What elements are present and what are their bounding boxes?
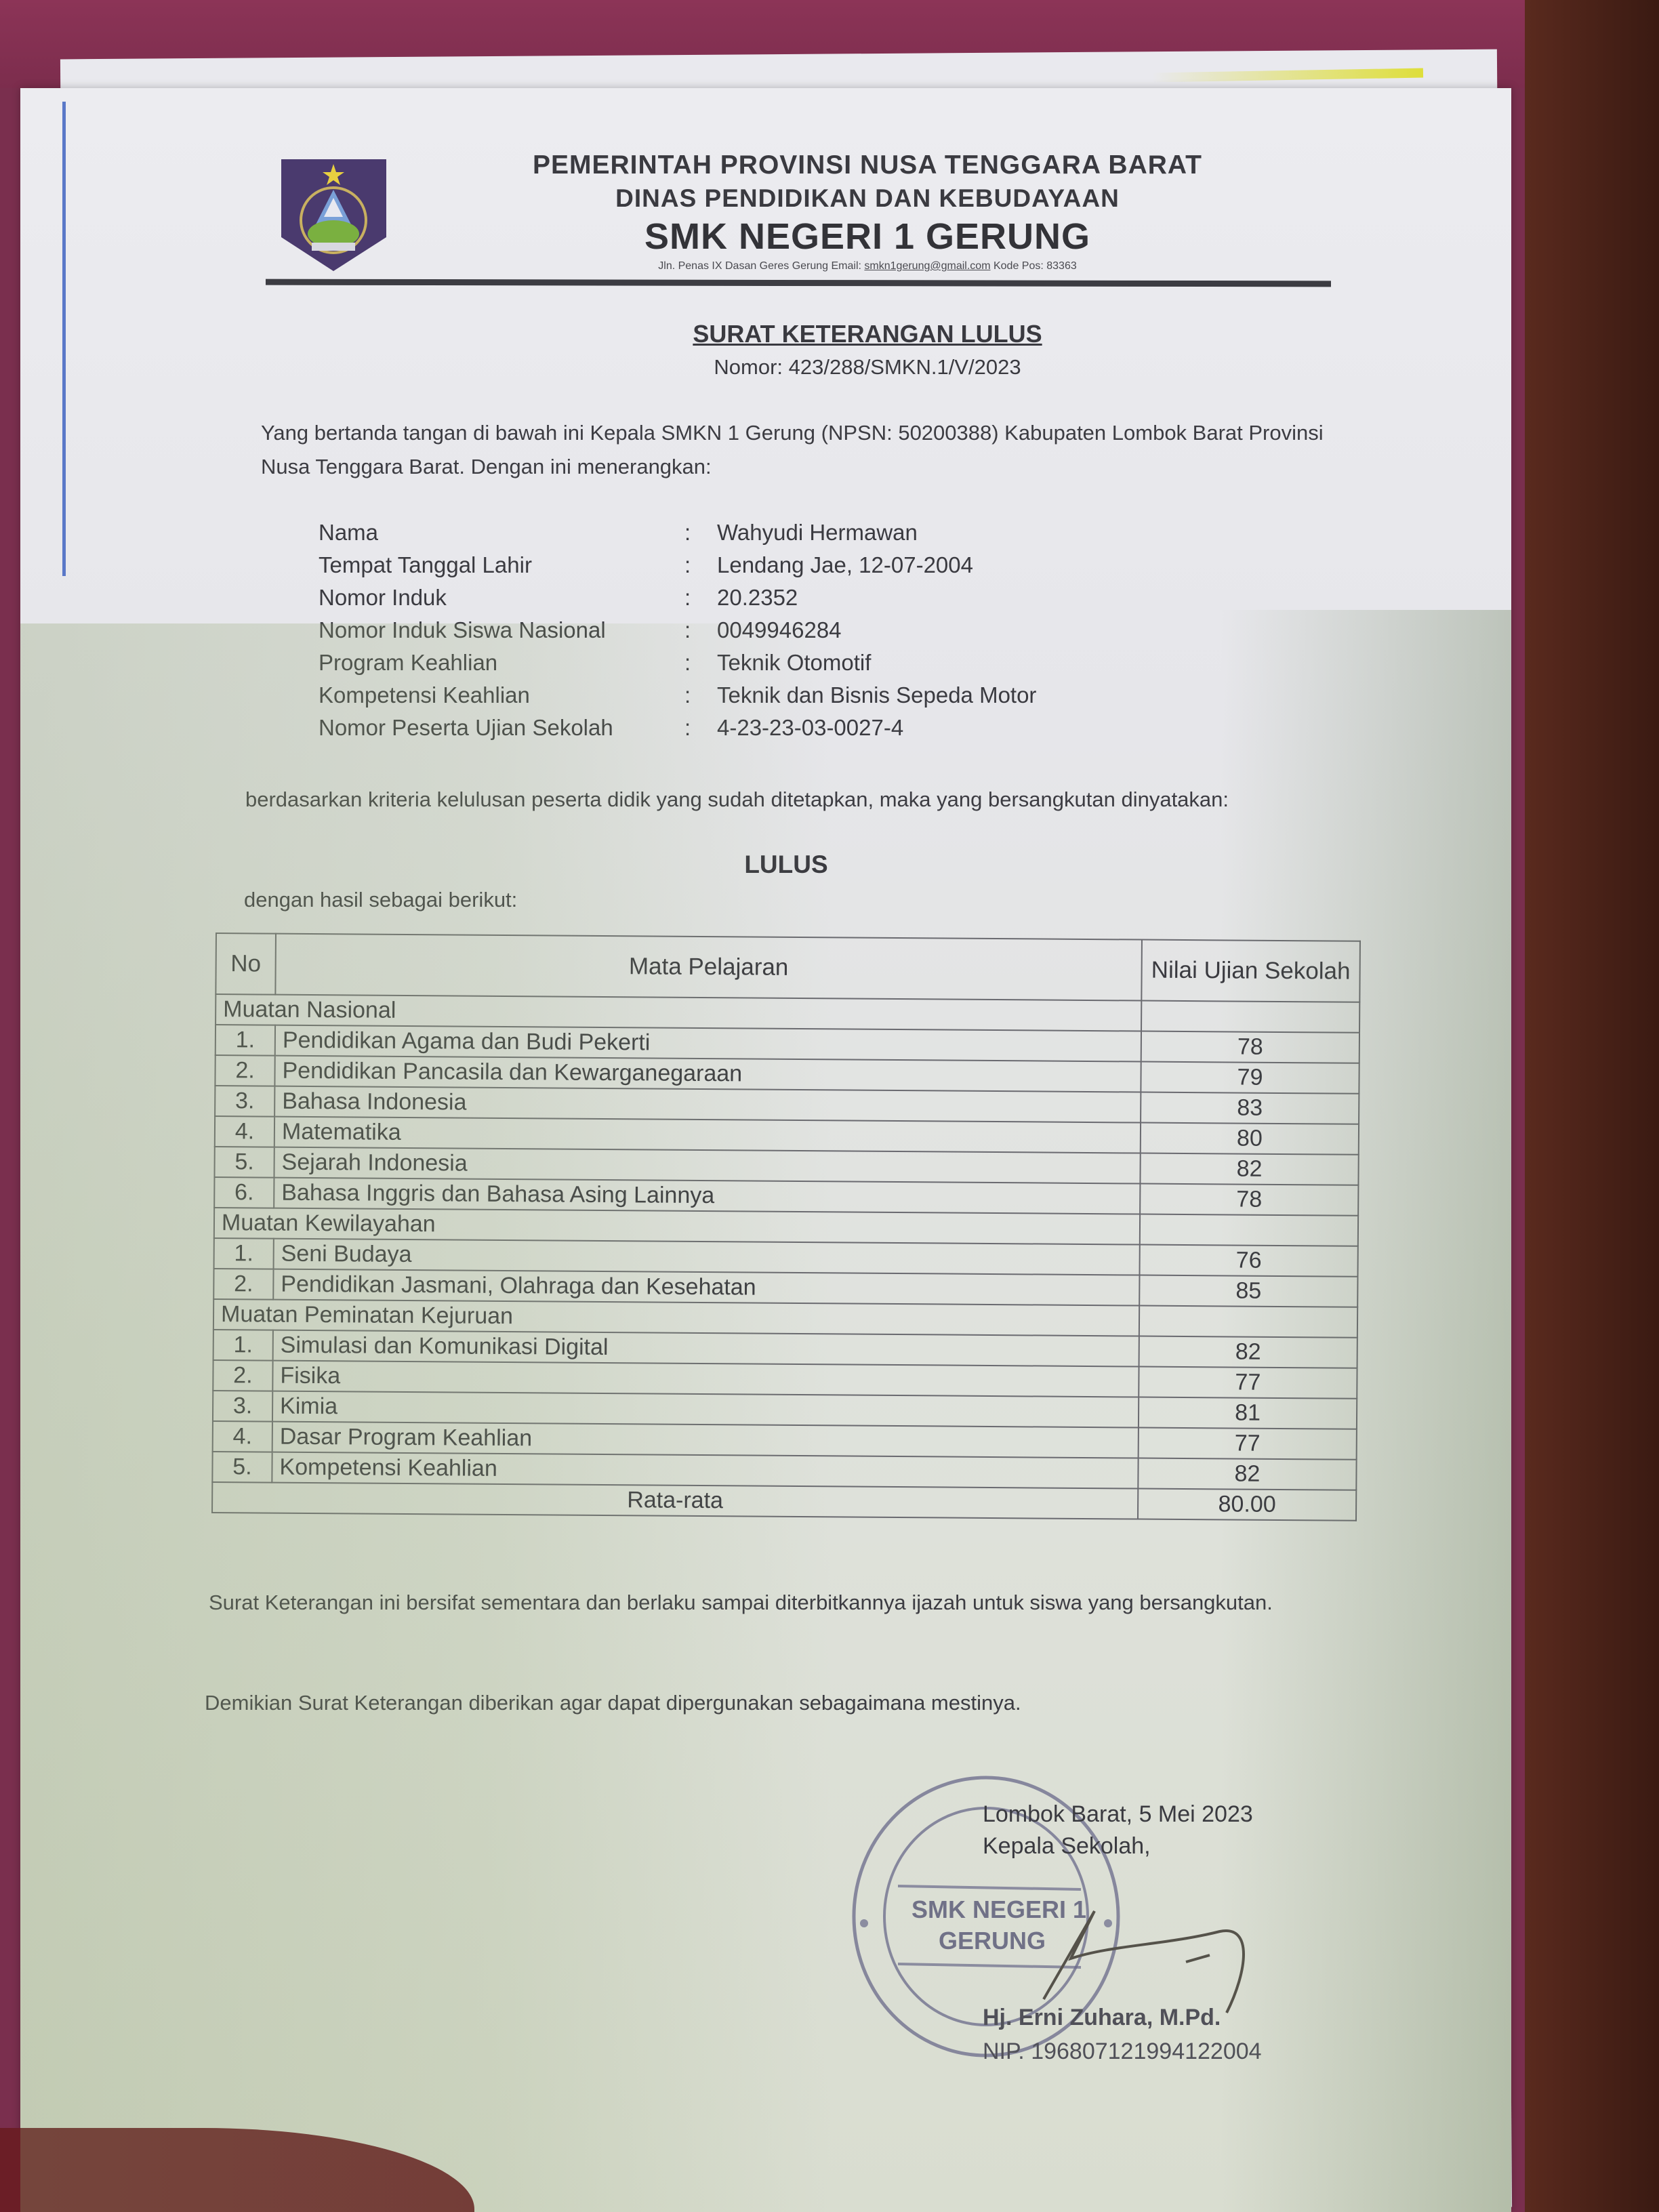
postal-code: Kode Pos: 83363 xyxy=(994,260,1077,272)
header-score: Nilai Ujian Sekolah xyxy=(1141,940,1360,1002)
identity-separator: : xyxy=(684,552,717,578)
grades-table: No Mata Pelajaran Nilai Ujian Sekolah Mu… xyxy=(211,933,1361,1521)
identity-row: Kompetensi Keahlian:Teknik dan Bisnis Se… xyxy=(319,679,1191,712)
temporary-note: Surat Keterangan ini bersifat sementara … xyxy=(209,1586,1374,1620)
section-score-empty xyxy=(1140,1214,1358,1246)
intro-paragraph: Yang bertanda tangan di bawah ini Kepala… xyxy=(261,416,1338,484)
signer-nip: NIP. 196807121994122004 xyxy=(983,2039,1262,2065)
identity-separator: : xyxy=(684,650,717,676)
header-no: No xyxy=(216,933,276,995)
grades-header-row: No Mata Pelajaran Nilai Ujian Sekolah xyxy=(216,933,1360,1002)
identity-row: Program Keahlian:Teknik Otomotif xyxy=(319,647,1191,679)
identity-row: Nomor Peserta Ujian Sekolah:4-23-23-03-0… xyxy=(319,712,1191,744)
grade-no: 2. xyxy=(213,1269,273,1300)
identity-label: Kompetensi Keahlian xyxy=(319,682,684,708)
identity-label: Nomor Induk Siswa Nasional xyxy=(319,617,684,643)
identity-label: Nama xyxy=(319,520,684,546)
grade-score: 82 xyxy=(1139,1336,1357,1368)
identity-row: Nama:Wahyudi Hermawan xyxy=(319,516,1191,549)
grade-score: 82 xyxy=(1138,1458,1356,1490)
average-value: 80.00 xyxy=(1138,1489,1356,1521)
identity-label: Nomor Induk xyxy=(319,585,684,611)
grade-no: 1. xyxy=(214,1238,274,1269)
closing-statement: Demikian Surat Keterangan diberikan agar… xyxy=(205,1691,1384,1715)
identity-value: Lendang Jae, 12-07-2004 xyxy=(717,552,1191,578)
header-subject: Mata Pelajaran xyxy=(275,934,1142,1001)
grade-no: 3. xyxy=(213,1391,272,1422)
letterhead-school: SMK NEGERI 1 GERUNG xyxy=(407,216,1328,258)
grade-no: 3. xyxy=(215,1086,274,1117)
grade-score: 82 xyxy=(1140,1153,1358,1185)
criteria-paragraph: berdasarkan kriteria kelulusan peserta d… xyxy=(245,783,1357,817)
result-status: LULUS xyxy=(718,851,854,879)
grade-no: 1. xyxy=(213,1330,273,1361)
signature-block: Lombok Barat, 5 Mei 2023 Kepala Sekolah,… xyxy=(983,1801,1253,1860)
section-score-empty xyxy=(1141,1001,1359,1033)
results-intro: dengan hasil sebagai berikut: xyxy=(244,888,517,912)
grade-score: 77 xyxy=(1139,1367,1357,1399)
document-title: SURAT KETERANGAN LULUS xyxy=(529,320,1206,348)
letter-title: SURAT KETERANGAN LULUS Nomor: 423/288/SM… xyxy=(529,320,1206,380)
identity-label: Nomor Peserta Ujian Sekolah xyxy=(319,715,684,741)
grade-no: 2. xyxy=(215,1055,274,1086)
identity-value: Teknik dan Bisnis Sepeda Motor xyxy=(717,682,1191,708)
average-label: Rata-rata xyxy=(212,1482,1138,1519)
grade-no: 4. xyxy=(215,1116,274,1147)
identity-value: 4-23-23-03-0027-4 xyxy=(717,715,1191,741)
identity-row: Nomor Induk:20.2352 xyxy=(319,581,1191,614)
identity-value: Wahyudi Hermawan xyxy=(717,520,1191,546)
place-date: Lombok Barat, 5 Mei 2023 xyxy=(983,1801,1253,1828)
grade-score: 76 xyxy=(1140,1245,1358,1277)
grade-score: 79 xyxy=(1141,1062,1359,1094)
handwritten-signature-icon xyxy=(1030,1898,1261,2020)
identity-separator: : xyxy=(684,617,717,643)
signer-role: Kepala Sekolah, xyxy=(983,1833,1253,1860)
identity-separator: : xyxy=(684,520,717,546)
certificate-document: PEMERINTAH PROVINSI NUSA TENGGARA BARAT … xyxy=(0,0,1659,2212)
identity-separator: : xyxy=(684,682,717,708)
identity-value: 0049946284 xyxy=(717,617,1191,643)
identity-value: 20.2352 xyxy=(717,585,1191,611)
grade-score: 81 xyxy=(1139,1397,1357,1429)
grade-no: 5. xyxy=(212,1452,272,1483)
identity-row: Nomor Induk Siswa Nasional:0049946284 xyxy=(319,614,1191,647)
letterhead: PEMERINTAH PROVINSI NUSA TENGGARA BARAT … xyxy=(407,150,1328,272)
email-link[interactable]: smkn1gerung@gmail.com xyxy=(864,260,990,272)
student-identity: Nama:Wahyudi HermawanTempat Tanggal Lahi… xyxy=(319,516,1191,744)
grade-no: 6. xyxy=(214,1177,274,1208)
identity-label: Program Keahlian xyxy=(319,650,684,676)
letterhead-department: DINAS PENDIDIKAN DAN KEBUDAYAAN xyxy=(407,184,1328,213)
section-score-empty xyxy=(1139,1306,1357,1338)
letterhead-address: Jln. Penas IX Dasan Geres Gerung Email: … xyxy=(407,260,1328,272)
identity-label: Tempat Tanggal Lahir xyxy=(319,552,684,578)
document-number: Nomor: 423/288/SMKN.1/V/2023 xyxy=(529,355,1206,380)
identity-separator: : xyxy=(684,585,717,611)
letterhead-divider xyxy=(266,279,1331,287)
identity-row: Tempat Tanggal Lahir:Lendang Jae, 12-07-… xyxy=(319,549,1191,581)
identity-value: Teknik Otomotif xyxy=(717,650,1191,676)
grade-score: 85 xyxy=(1139,1275,1357,1307)
grade-score: 77 xyxy=(1139,1428,1357,1460)
grade-score: 83 xyxy=(1141,1092,1359,1124)
grade-no: 5. xyxy=(214,1147,274,1178)
province-crest-icon xyxy=(278,156,390,274)
grade-score: 78 xyxy=(1140,1184,1358,1216)
grade-no: 1. xyxy=(216,1025,275,1056)
identity-separator: : xyxy=(684,715,717,741)
grade-no: 2. xyxy=(213,1360,272,1391)
grade-no: 4. xyxy=(213,1421,272,1452)
grade-score: 80 xyxy=(1141,1123,1359,1155)
address-text: Jln. Penas IX Dasan Geres Gerung Email: xyxy=(658,260,861,272)
letterhead-government: PEMERINTAH PROVINSI NUSA TENGGARA BARAT xyxy=(407,150,1328,180)
grade-score: 78 xyxy=(1141,1031,1359,1063)
